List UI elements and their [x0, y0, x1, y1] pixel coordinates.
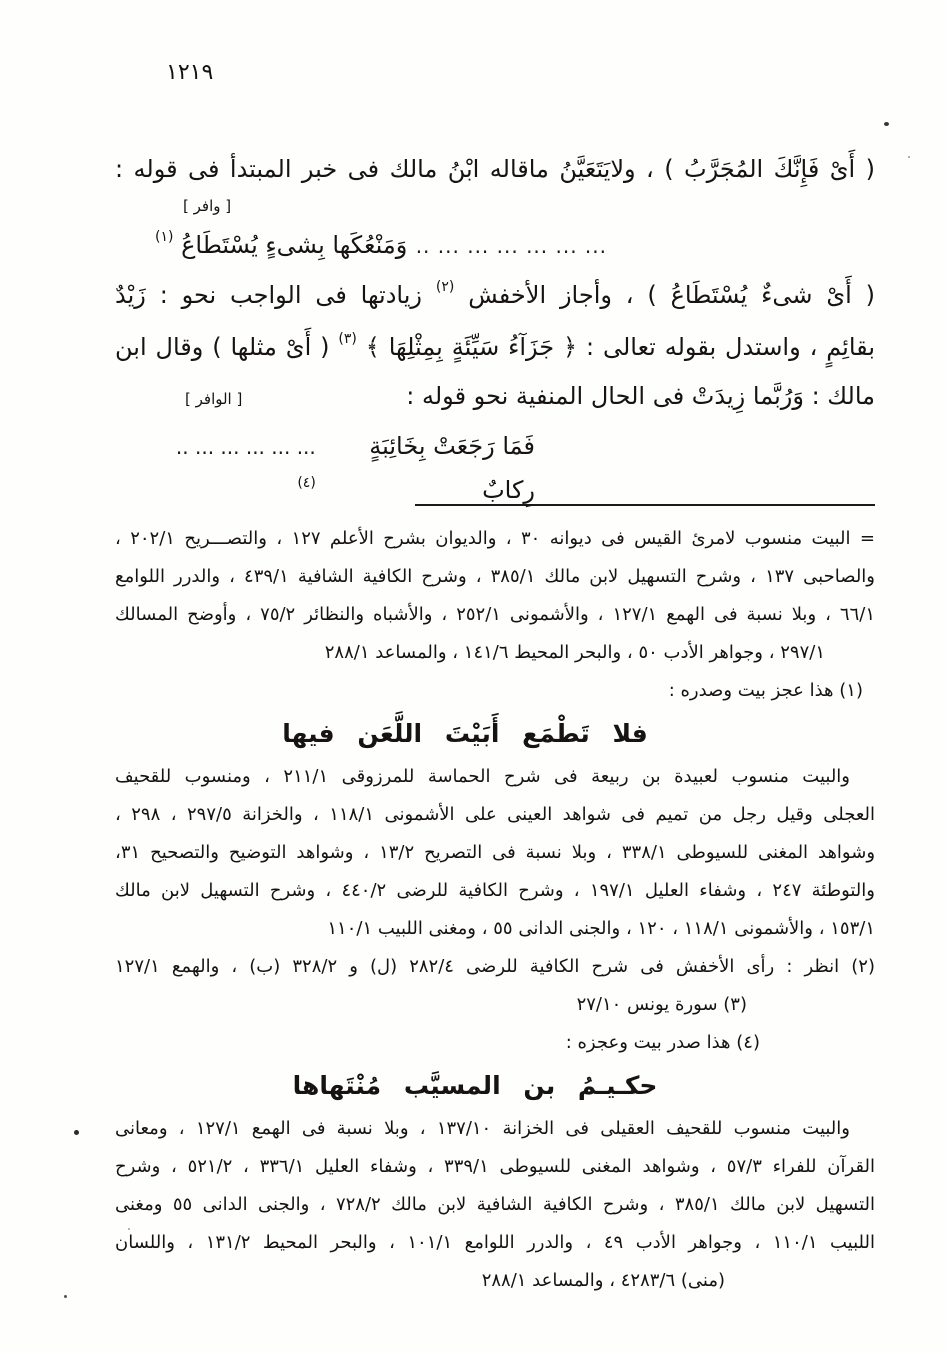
- footnote-line: والتوطئة ٢٤٧ ، وشفاء العليل ١٩٧/١ ، وشرح…: [115, 872, 875, 910]
- scanned-book-page: ١٢١٩ ( أَىْ فَإِنَّكَ المُجَرَّبُ ) ، ول…: [0, 0, 947, 1352]
- main-text-line: مالك : وَرُبَّما زِيدَتْ فى الحال المنفي…: [115, 373, 875, 422]
- footnote-verse: حكـيـمُ بن المسيَّب مُنْتَهاها: [95, 1063, 855, 1109]
- meter-label: [ الوافر ]: [185, 376, 242, 422]
- text-segment: ( أَىْ مثلها ) وقال ابن: [115, 333, 330, 361]
- footnote-marker: (١): [155, 229, 173, 245]
- main-text-line: بقائِمٍ ، واستدل بقوله تعالى : ﴿ جَزَآءُ…: [115, 321, 875, 373]
- footnote-line: والبيت منسوب للقحيف العقيلى فى الخزانة ١…: [115, 1110, 875, 1148]
- verse-text: وَمَنْعُكَها بِشىءٍ يُسْتَطَاعُ: [181, 231, 407, 259]
- footnote-line: القرآن للفراء ٥٧/٣ ، وشواهد المغنى للسيو…: [115, 1148, 875, 1186]
- footnote-marker: (٢): [436, 279, 454, 295]
- scan-speck: [884, 122, 889, 126]
- footnote-line: ٢٩٧/١ ، وجواهر الأدب ٥٠ ، والبحر المحيط …: [115, 634, 875, 672]
- footnotes-section: = البيت منسوب لامرئ القيس فى ديوانه ٣٠ ،…: [115, 520, 875, 1300]
- footnote-line: والصاحبى ١٣٧ ، وشرح التسهيل لابن مالك ٣٨…: [115, 558, 875, 596]
- verse-ellipsis: ... ... ... ... ... ..: [176, 435, 316, 459]
- footnote-intro: (٤) هذا صدر بيت وعجزه :: [115, 1024, 875, 1062]
- main-text-line: ( أَىْ شىءٌ يُسْتَطَاعُ ) ، وأجاز الأخفش…: [115, 269, 875, 321]
- text-segment: زيادتها فى الواجب نحو : زَيْدٌ: [115, 281, 422, 309]
- verse-line: ... ... ... ... ... ... .. وَمَنْعُكَها …: [155, 223, 607, 269]
- scan-speck: [128, 1228, 130, 1230]
- footnote-marker: (٤): [297, 475, 315, 491]
- footnote-line: (منى) ٤٢٨٣/٦ ، والمساعد ٢٨٨/١: [115, 1262, 875, 1300]
- footnote-line: ١٥٣/١ ، والأشمونى ١١٨/١ ، ١٢٠ ، والجنى ا…: [115, 910, 875, 948]
- scan-speck: [74, 1130, 79, 1135]
- meter-label: [ وافر ]: [115, 193, 875, 221]
- footnote-line: التسهيل لابن مالك ٣٨٥/١ ، وشرح الكافية ا…: [115, 1186, 875, 1224]
- footnote-line: العجلى وقيل رجل من تميم فى شواهد العينى …: [115, 796, 875, 834]
- verse-hemistich: فَمَا رَجَعَتْ بِخَائِبَةٍ رِكابٌ: [316, 424, 535, 512]
- text-segment: مالك : وَرُبَّما زِيدَتْ فى الحال المنفي…: [406, 373, 875, 419]
- verse-ellipsis: ... ... ... ... ... ... ..: [416, 224, 607, 268]
- footnote-verse: فلا تَطْمَع أَبَيْتَ اللَّعَن فيها: [85, 711, 845, 757]
- verse-ellipsis-group: ... ... ... ... ... .. (٤): [155, 424, 316, 513]
- footnote-line: وشواهد المغنى للسيوطى ٣٣٨/١ ، وبلا نسبة …: [115, 834, 875, 872]
- scan-speck: [908, 156, 910, 158]
- footnote-line: ٦٦/١ ، وبلا نسبة فى الهمع ١٢٧/١ ، والأشم…: [115, 596, 875, 634]
- footnote-line: = البيت منسوب لامرئ القيس فى ديوانه ٣٠ ،…: [115, 520, 875, 558]
- footnote-line: اللبيب ١١٠/١ ، وجواهر الأدب ٤٩ ، والدرر …: [115, 1224, 875, 1262]
- verse-hemistich: وَمَنْعُكَها بِشىءٍ يُسْتَطَاعُ (١): [155, 223, 407, 267]
- footnote-marker: (٣): [338, 331, 356, 347]
- footnote-intro: (١) هذا عجز بيت وصدره :: [115, 672, 875, 710]
- scan-speck: [64, 1295, 67, 1298]
- footnote-line: والبيت منسوب لعبيدة بن ربيعة فى شرح الحم…: [115, 758, 875, 796]
- page-content: ( أَىْ فَإِنَّكَ المُجَرَّبُ ) ، ولايَتَ…: [0, 0, 947, 1300]
- text-segment: ( أَىْ شىءٌ يُسْتَطَاعُ ) ، وأجاز الأخفش: [468, 281, 875, 309]
- main-text-line: ( أَىْ فَإِنَّكَ المُجَرَّبُ ) ، ولايَتَ…: [115, 145, 875, 193]
- book-page-scan: { "page_number": "١٢١٩", "main": { "line…: [0, 0, 947, 1352]
- footnote-line: (٢) انظر : رأى الأخفش فى شرح الكافية للر…: [115, 948, 875, 986]
- text-segment-with-quran-quote: بقائِمٍ ، واستدل بقوله تعالى : ﴿ جَزَآءُ…: [366, 333, 875, 361]
- footnote-line: (٣) سورة يونس ٢٧/١٠: [115, 986, 875, 1024]
- verse-line: فَمَا رَجَعَتْ بِخَائِبَةٍ رِكابٌ ... ..…: [155, 424, 535, 470]
